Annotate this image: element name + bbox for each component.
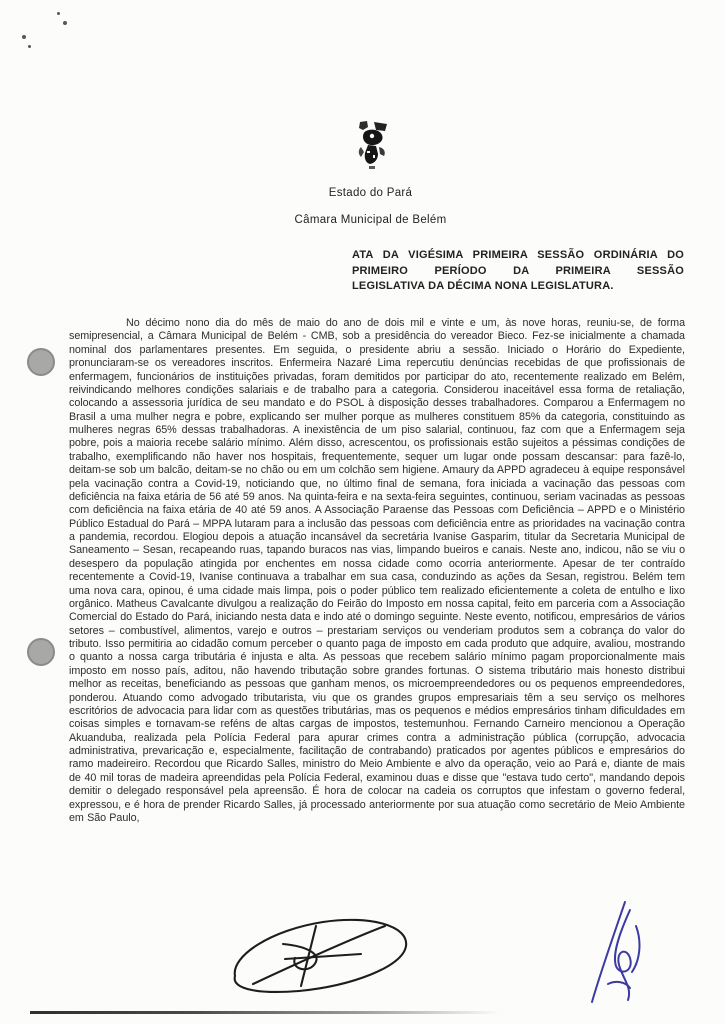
session-title-line: ATA DA VIGÉSIMA PRIMEIRA SESSÃO ORDINÁRI…: [352, 248, 684, 264]
blue-signature-icon: [578, 898, 658, 1008]
municipality-name: Câmara Municipal de Belém: [8, 214, 725, 226]
black-signature-icon: [213, 912, 418, 1007]
session-title-line: PRIMEIRO PERÍODO DA PRIMEIRA SESSÃO: [352, 264, 684, 280]
session-title: ATA DA VIGÉSIMA PRIMEIRA SESSÃO ORDINÁRI…: [352, 248, 684, 295]
session-title-line: LEGISLATIVA DA DÉCIMA NONA LEGISLATURA.: [352, 279, 684, 295]
ink-speck: [57, 12, 60, 15]
coat-of-arms-icon: [354, 121, 390, 173]
hole-punch-bottom-icon: [27, 638, 55, 666]
ink-speck: [28, 45, 31, 48]
scanned-minutes-page: Estado do Pará Câmara Municipal de Belém…: [0, 0, 725, 1024]
ink-speck: [22, 35, 26, 39]
scan-artifact-line: [30, 1011, 500, 1014]
ink-speck: [63, 21, 67, 25]
minutes-body-text: No décimo nono dia do mês de maio do ano…: [69, 317, 685, 825]
state-name: Estado do Pará: [8, 187, 725, 199]
hole-punch-top-icon: [27, 348, 55, 376]
